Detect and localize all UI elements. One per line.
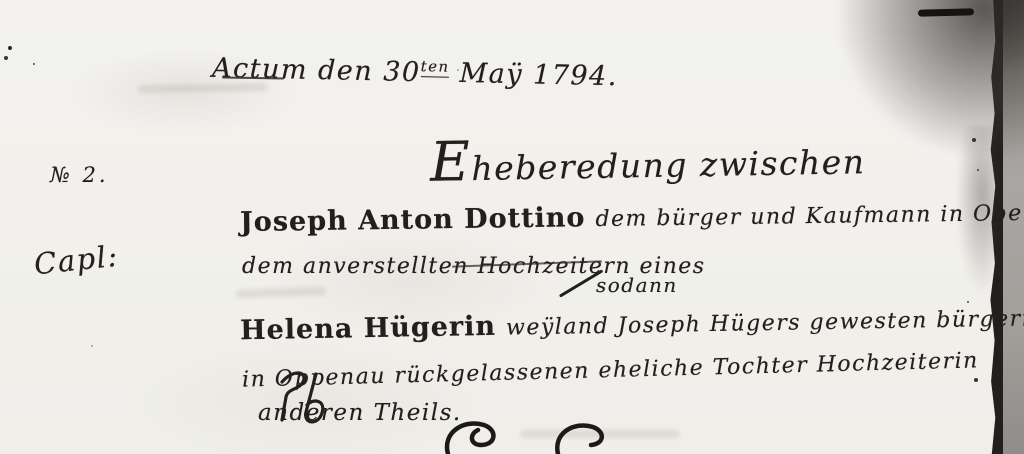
margin-entry-number: № 2. [50, 163, 109, 187]
inserted-word: sodann [596, 273, 678, 297]
ink-stroke-top-right [918, 8, 974, 16]
record-heading: Eheberedung zwischen [429, 122, 865, 194]
dateline-ordinal-superscript: ten [421, 57, 450, 78]
scanned-document-page: № 2. Capl: Actum den 30ten Maÿ 1794. Ehe… [0, 0, 1024, 454]
groom-description: dem bürger und Kaufmann in Oberkirch [595, 200, 1024, 232]
bleed-through-ghost [236, 286, 326, 298]
cutoff-initial-flourish [436, 418, 676, 454]
pen-flourish-mark [272, 366, 342, 430]
dateline: Actum den 30ten Maÿ 1794. [212, 53, 618, 92]
bride-name: Helena Hügerin [240, 311, 496, 346]
groom-name: Joseph Anton Dottino [240, 202, 586, 238]
groom-line: Joseph Anton Dottinodem bürger und Kaufm… [240, 195, 1024, 238]
bride-description: weÿland Joseph Hügers gewesten bürgern — [506, 306, 1024, 341]
paper-specks [8, 46, 12, 50]
dateline-prefix: Actum den 30 [212, 53, 421, 88]
dateline-suffix: Maÿ 1794. [449, 58, 618, 93]
bride-line-2: in Oppenau rückgelassenen eheliche Tocht… [242, 348, 979, 392]
bride-line: Helena Hügerinweÿland Joseph Hügers gewe… [240, 301, 1024, 346]
margin-clerk-note: Capl: [32, 239, 120, 282]
